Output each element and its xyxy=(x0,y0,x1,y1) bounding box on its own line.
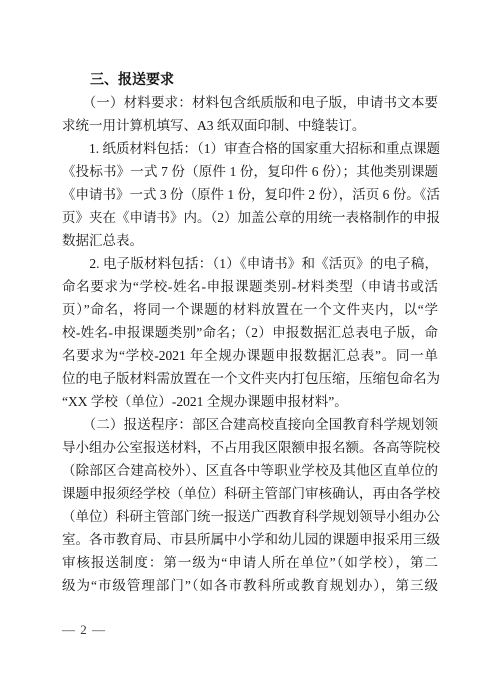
text-line: 导小组办公室报送材料，不占用我区限额申报名额。各高等院校 xyxy=(62,436,438,459)
section-heading: 三、报送要求 xyxy=(62,68,438,91)
text-line: 《投标书》一式 7 份（原件 1 份，复印件 6 份）；其他类别课题 xyxy=(62,160,438,183)
text-line: 课题申报须经学校（单位）科研主管部门审核确认，再由各学校 xyxy=(62,482,438,505)
text-line: 1. 纸质材料包括：（1）审查合格的国家重大招标和重点课题 xyxy=(62,137,438,160)
text-line: 审核报送制度：第一级为“申请人所在单位”（如学校），第二 xyxy=(62,551,438,574)
text-line: （单位）科研主管部门统一报送广西教育科学规划领导小组办公 xyxy=(62,505,438,528)
text-line: “XX 学校（单位）-2021 全规办课题申报材料”。 xyxy=(62,390,438,413)
text-line: （一）材料要求：材料包含纸质版和电子版，申请书文本要 xyxy=(62,91,438,114)
text-line: 页》夹在《申请书》内。（2）加盖公章的用统一表格制作的申报 xyxy=(62,206,438,229)
text-line: 校-姓名-申报课题类别”命名；（2）申报数据汇总表电子版，命 xyxy=(62,321,438,344)
text-line: 位的电子版材料需放置在一个文件夹内打包压缩，压缩包命名为 xyxy=(62,367,438,390)
text-line: 《申请书》一式 3 份（原件 1 份，复印件 2 份），活页 6 份。《活 xyxy=(62,183,438,206)
text-line: 求统一用计算机填写、A3 纸双面印制、中缝装订。 xyxy=(62,114,438,137)
document-page: 三、报送要求 （一）材料要求：材料包含纸质版和电子版，申请书文本要求统一用计算机… xyxy=(0,0,500,676)
document-body: （一）材料要求：材料包含纸质版和电子版，申请书文本要求统一用计算机填写、A3 纸… xyxy=(62,91,438,597)
text-line: （除部区合建高校外）、区直各中等职业学校及其他区直单位的 xyxy=(62,459,438,482)
text-line: 名要求为“学校-2021 年全规办课题申报数据汇总表”。同一单 xyxy=(62,344,438,367)
page-number: — 2 — xyxy=(62,618,438,641)
text-line: 级为“市级管理部门”（如各市教科所或教育规划办），第三级 xyxy=(62,574,438,597)
text-line: （二）报送程序：部区合建高校直接向全国教育科学规划领 xyxy=(62,413,438,436)
text-line: 室。各市教育局、市县所属中小学和幼儿园的课题申报采用三级 xyxy=(62,528,438,551)
text-line: 2. 电子版材料包括：（1）《申请书》和《活页》的电子稿， xyxy=(62,252,438,275)
text-line: 页）”命名，将同一个课题的材料放置在一个文件夹内，以“学 xyxy=(62,298,438,321)
text-line: 数据汇总表。 xyxy=(62,229,438,252)
text-line: 命名要求为“学校-姓名-申报课题类别-材料类型（申请书或活 xyxy=(62,275,438,298)
